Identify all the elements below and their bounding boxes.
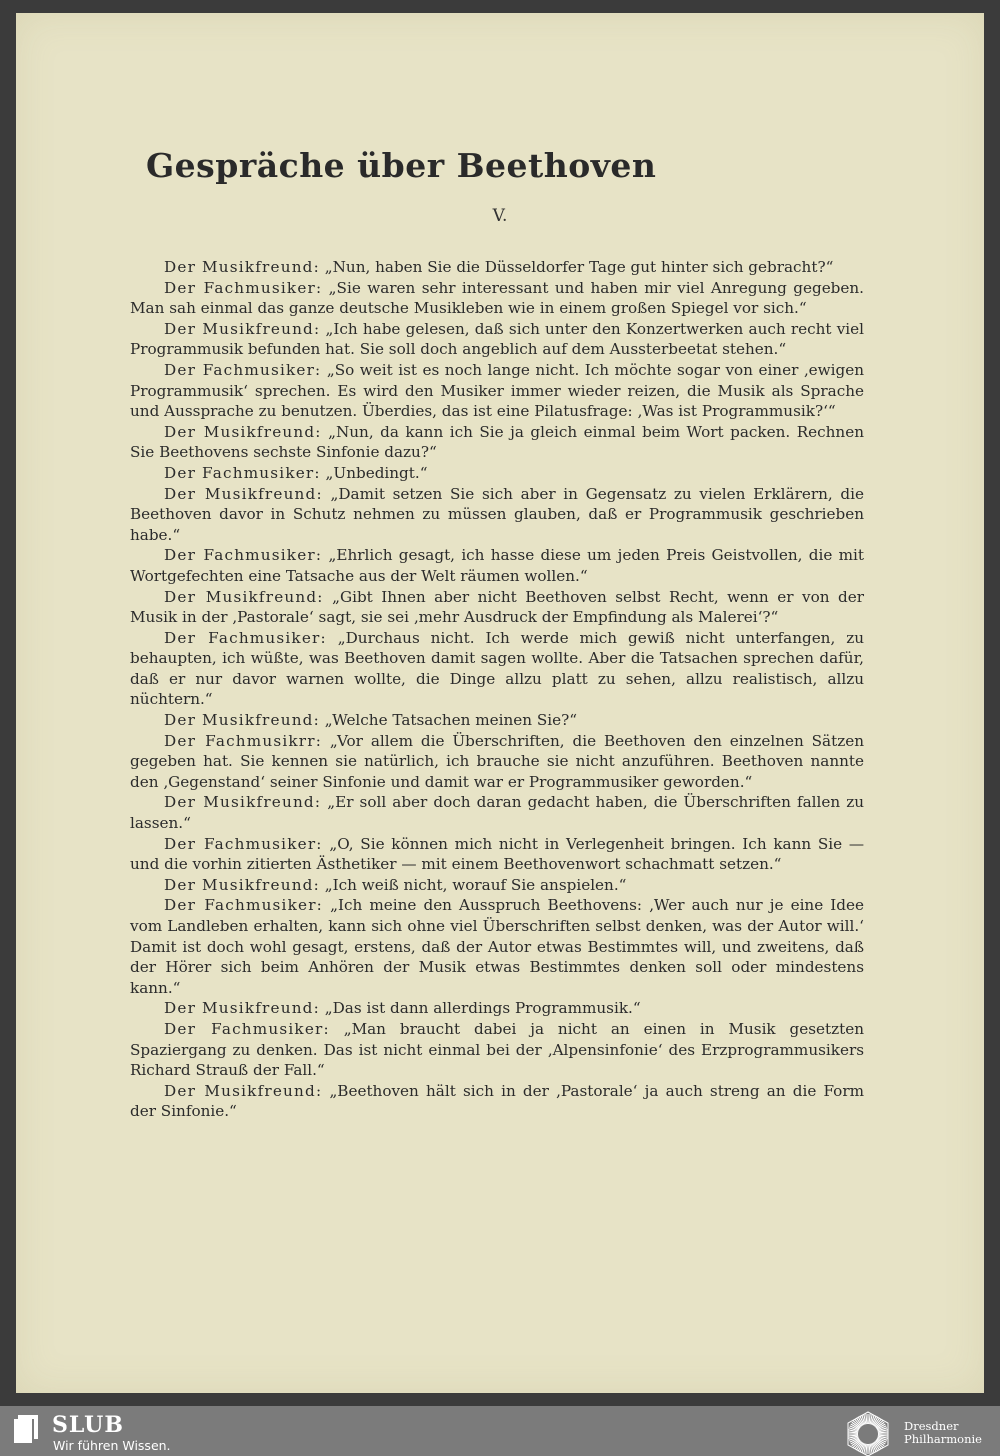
dialogue-paragraph: Der Musikfreund: „Welche Tatsachen meine… [130,710,864,731]
speaker-label: Der Fachmusiker: [164,629,327,647]
dialogue-body: Der Musikfreund: „Nun, haben Sie die Düs… [130,257,864,1122]
speech-text: „Welche Tatsachen meinen Sie?“ [320,711,577,729]
dialogue-paragraph: Der Musikfreund: „Er soll aber doch dara… [130,792,864,833]
dialogue-paragraph: Der Musikfreund: „Ich habe gelesen, daß … [130,319,864,360]
speaker-label: Der Musikfreund: [164,485,323,503]
dialogue-paragraph: Der Fachmusiker: „Ehrlich gesagt, ich ha… [130,545,864,586]
dresdner-philharmonie-brand: Dresdner Philharmonie [904,1420,982,1446]
slub-tagline: Wir führen Wissen. [53,1438,171,1453]
dialogue-paragraph: Der Musikfreund: „Das ist dann allerding… [130,998,864,1019]
speaker-label: Der Fachmusikrr: [164,732,322,750]
speaker-label: Der Musikfreund: [164,320,320,338]
speaker-label: Der Fachmusiker: [164,546,322,564]
dialogue-paragraph: Der Musikfreund: „Gibt Ihnen aber nicht … [130,587,864,628]
dialogue-paragraph: Der Fachmusiker: „Sie waren sehr interes… [130,278,864,319]
section-number: V. [16,206,984,226]
dialogue-paragraph: Der Musikfreund: „Nun, haben Sie die Düs… [130,257,864,278]
speech-text: „Unbedingt.“ [321,464,428,482]
speech-text: „Das ist dann allerdings Programmusik.“ [320,999,641,1017]
speech-text: „Ich weiß nicht, worauf Sie anspielen.“ [320,876,627,894]
dialogue-paragraph: Der Fachmusiker: „Man braucht dabei ja n… [130,1019,864,1081]
speaker-label: Der Fachmusiker: [164,835,323,853]
slub-logo-icon [14,1415,38,1443]
speaker-label: Der Fachmusiker: [164,896,323,914]
dialogue-paragraph: Der Musikfreund: „Beethoven hält sich in… [130,1081,864,1122]
speaker-label: Der Musikfreund: [164,999,320,1017]
speaker-label: Der Musikfreund: [164,876,320,894]
speech-text: „Nun, haben Sie die Düsseldorfer Tage gu… [320,258,833,276]
document-title: Gespräche über Beethoven [146,146,656,185]
speaker-label: Der Fachmusiker: [164,279,322,297]
speaker-label: Der Musikfreund: [164,793,321,811]
dialogue-paragraph: Der Musikfreund: „Damit setzen Sie sich … [130,484,864,546]
scanned-page: Gespräche über Beethoven V. Der Musikfre… [16,13,984,1393]
speaker-label: Der Musikfreund: [164,588,324,606]
slub-brand: SLUB [52,1412,124,1438]
dialogue-paragraph: Der Musikfreund: „Ich weiß nicht, worauf… [130,875,864,896]
speaker-label: Der Musikfreund: [164,711,320,729]
speaker-label: Der Musikfreund: [164,1082,322,1100]
dialogue-paragraph: Der Musikfreund: „Nun, da kann ich Sie j… [130,422,864,463]
speaker-label: Der Fachmusiker: [164,1020,330,1038]
speaker-label: Der Fachmusiker: [164,361,321,379]
speaker-label: Der Musikfreund: [164,258,320,276]
speaker-label: Der Fachmusiker: [164,464,321,482]
dresdner-philharmonie-logo-icon [842,1410,894,1456]
footer-bar: SLUB Wir führen Wissen. Dresdner Philhar… [0,1406,1000,1456]
dialogue-paragraph: Der Fachmusiker: „Durchaus nicht. Ich we… [130,628,864,710]
dialogue-paragraph: Der Fachmusiker: „Ich meine den Ausspruc… [130,895,864,998]
dialogue-paragraph: Der Fachmusiker: „Unbedingt.“ [130,463,864,484]
dialogue-paragraph: Der Fachmusiker: „So weit ist es noch la… [130,360,864,422]
dialogue-paragraph: Der Fachmusikrr: „Vor allem die Überschr… [130,731,864,793]
speaker-label: Der Musikfreund: [164,423,322,441]
dialogue-paragraph: Der Fachmusiker: „O, Sie können mich nic… [130,834,864,875]
